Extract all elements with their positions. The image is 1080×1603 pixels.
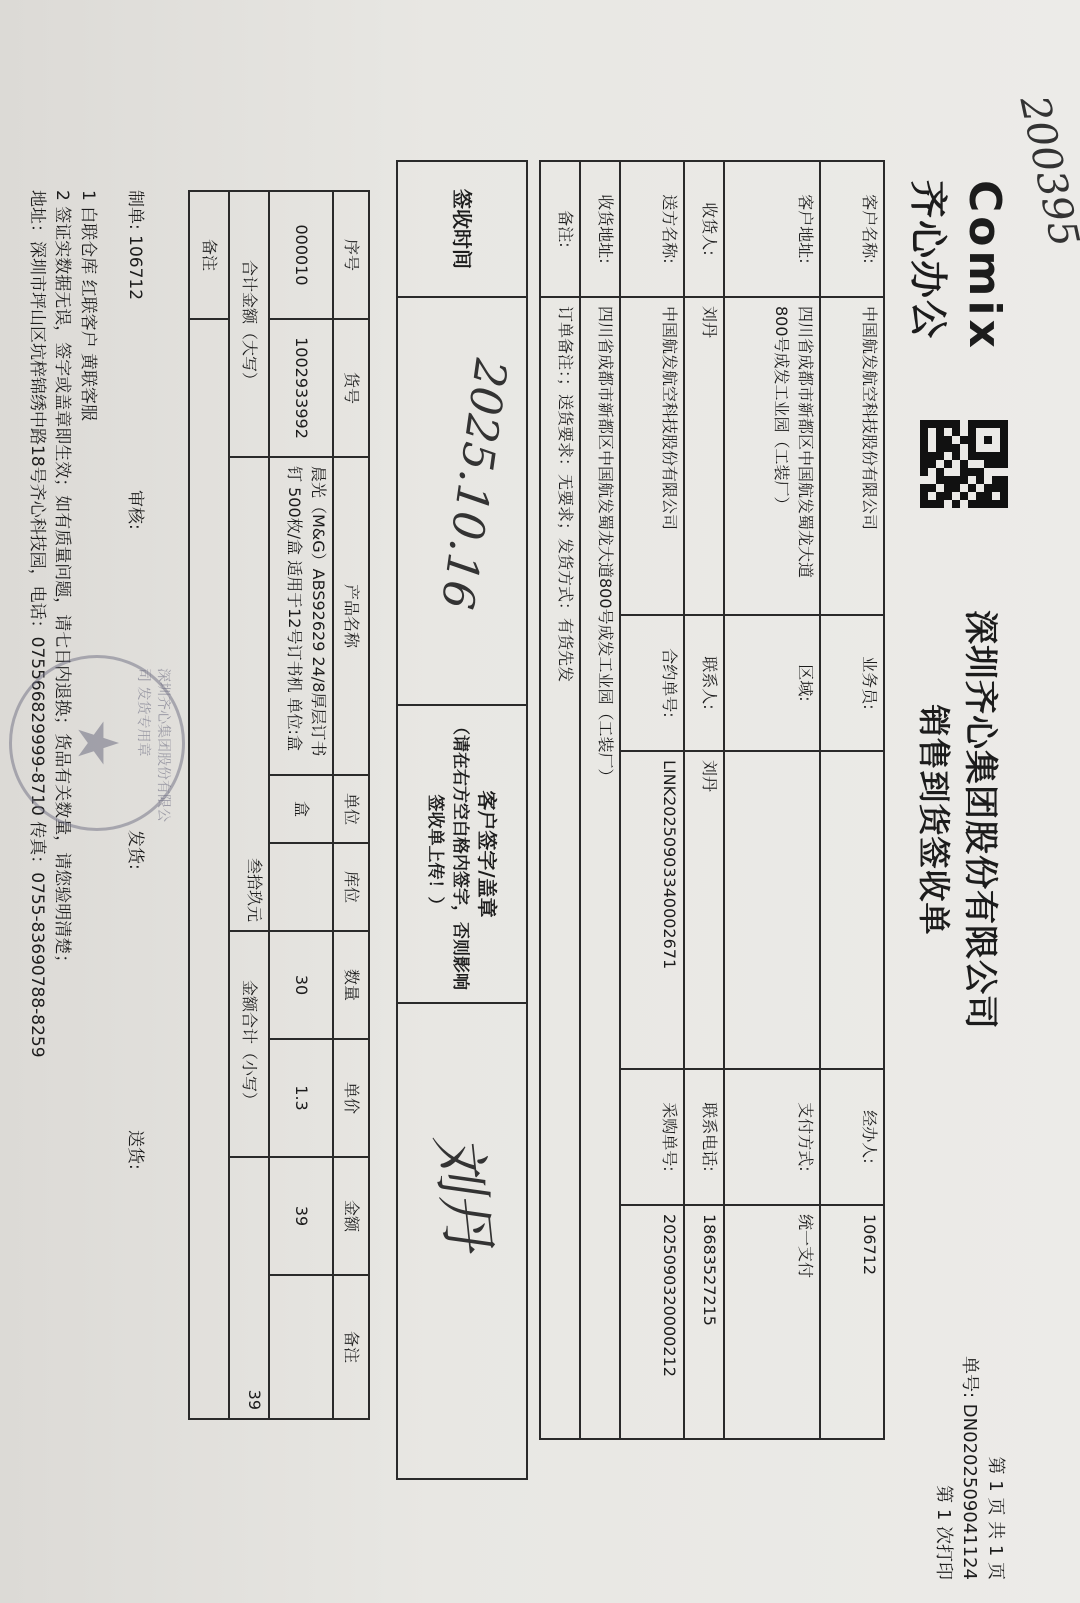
footer-note-2: 2 签证实数据无误，签字或盖章即生效；如有质量问题，请七日内退换；货品有关数量，…	[49, 190, 75, 1058]
salesperson	[820, 751, 884, 1069]
region	[724, 751, 820, 1069]
contact: 刘丹	[684, 751, 724, 1069]
region-label: 区域:	[724, 615, 820, 751]
doc-number-label: 单号:	[959, 1356, 980, 1398]
document-title: 销售到货签收单	[913, 600, 959, 1040]
row-unit: 盒	[269, 775, 333, 843]
sign-time-field[interactable]: 2025.10.16	[397, 297, 527, 705]
remark-label: 备注:	[540, 161, 580, 297]
contact-label: 联系人:	[684, 615, 724, 751]
order-remark: 订单备注：；送货要求：无要求；发货方式：有货先发	[540, 297, 580, 1439]
document-title-block: 深圳齐心集团股份有限公司 销售到货签收单	[913, 600, 1008, 1040]
customer-sign-label: 客户签字/盖章	[473, 714, 503, 994]
order-info-table: 客户名称: 中国航发航空科技股份有限公司 业务员: 经办人: 106712 客户…	[539, 160, 885, 1440]
star-icon: ★	[65, 718, 130, 768]
phone: 18683527215	[684, 1205, 724, 1439]
customer-sign-label-cell: 客户签字/盖章 （请在右方空白格内签字，否则影响签收单上传！）	[397, 705, 527, 1003]
customer-sign-hint: （请在右方空白格内签字，否则影响签收单上传！）	[422, 714, 473, 994]
customer-signature-field[interactable]: 刘丹	[397, 1003, 527, 1479]
row-name: 晨光（M&G）ABS92629 24/8厚层订书钉 500枚/盒 适用于12号订…	[269, 457, 333, 775]
shipper-label: 发货:	[125, 830, 145, 870]
purchase-no: 2025090320000212	[620, 1205, 684, 1439]
row-qty: 30	[269, 931, 333, 1039]
totals-row: 合计金额（大写） 叁拾玖元 金额合计（小写） 39	[229, 191, 269, 1419]
delivery-address: 四川省成都市新都区中国航发蜀龙大道800号成发工业园（工装厂）	[580, 297, 620, 1439]
sender-name-label: 送方名称:	[620, 161, 684, 297]
total-upper: 叁拾玖元	[229, 457, 269, 931]
col-remark: 备注	[333, 1275, 369, 1419]
row-price: 1.3	[269, 1039, 333, 1157]
phone-label: 联系电话:	[684, 1069, 724, 1205]
purchase-no-label: 采购单号:	[620, 1069, 684, 1205]
footer-notes: 1 白联仓库 红联客户 黄联客服 2 签证实数据无误，签字或盖章即生效；如有质量…	[24, 190, 101, 1058]
contract-no: LINK20250903340002671	[620, 751, 684, 1069]
col-location: 库位	[333, 843, 369, 931]
reviewer-label: 审核:	[125, 490, 145, 530]
maker: 106712	[125, 235, 145, 300]
footer-note-1: 1 白联仓库 红联客户 黄联客服	[75, 190, 101, 1058]
row-amount: 39	[269, 1157, 333, 1275]
col-name: 产品名称	[333, 457, 369, 775]
customer-name-label: 客户名称:	[820, 161, 884, 297]
row-remark	[269, 1275, 333, 1419]
document-meta: 第 1 页 共 1 页 单号: DN0202509041124 第 1 次打印	[932, 1180, 1010, 1580]
logo-chinese: 齐心办公	[904, 180, 959, 352]
total-lower-label: 金额合计（小写）	[229, 931, 269, 1157]
sender-name: 中国航发航空科技股份有限公司	[620, 297, 684, 615]
maker-label: 制单:	[125, 190, 145, 230]
col-price: 单价	[333, 1039, 369, 1157]
handler: 106712	[820, 1205, 884, 1439]
company-title: 深圳齐心集团股份有限公司	[959, 600, 1008, 1040]
table-remark-label: 备注	[189, 191, 229, 319]
handler-label: 经办人:	[820, 1069, 884, 1205]
col-unit: 单位	[333, 775, 369, 843]
table-remark	[189, 319, 229, 1419]
print-count: 第 1 次打印	[932, 1180, 958, 1580]
qr-code-icon	[920, 420, 1008, 508]
col-sku: 货号	[333, 319, 369, 457]
row-sku: 1002933992	[269, 319, 333, 457]
footer-address: 地址：深圳市坪山区坑梓锦绣中路18号齐心科技园，电话：075566829999-…	[24, 190, 50, 1058]
customer-name: 中国航发航空科技股份有限公司	[820, 297, 884, 615]
deliverer-label: 送货:	[125, 1130, 145, 1170]
items-header-row: 序号 货号 产品名称 单位 库位 数量 单价 金额 备注	[333, 191, 369, 1419]
customer-address: 四川省成都市新都区中国航发蜀龙大道800号成发工业园（工装厂）	[724, 297, 820, 615]
logo-english: Comix	[959, 180, 1010, 352]
recipient: 刘丹	[684, 297, 724, 615]
delivery-receipt-page: 200395 Comix 齐心办公 深圳齐心集团股份有限公司 销售到货签收单 第…	[0, 0, 1080, 1603]
salesperson-label: 业务员:	[820, 615, 884, 751]
doc-number: DN0202509041124	[959, 1404, 980, 1580]
row-location	[269, 843, 333, 931]
stamp-text: 深圳齐心集团股份有限公司 发货专用章	[134, 668, 174, 828]
recipient-label: 收货人:	[684, 161, 724, 297]
delivery-address-label: 收货地址:	[580, 161, 620, 297]
table-row: 000010 1002933992 晨光（M&G）ABS92629 24/8厚层…	[269, 191, 333, 1419]
sign-time-handwritten: 2025.10.16	[423, 355, 523, 614]
contract-no-label: 合约单号:	[620, 615, 684, 751]
col-seq: 序号	[333, 191, 369, 319]
payment-method: 统一支付	[724, 1205, 820, 1439]
payment-method-label: 支付方式:	[724, 1069, 820, 1205]
remarks-row: 备注	[189, 191, 229, 1419]
col-amount: 金额	[333, 1157, 369, 1275]
row-seq: 000010	[269, 191, 333, 319]
page-info: 第 1 页 共 1 页	[984, 1180, 1010, 1580]
customer-address-label: 客户地址:	[724, 161, 820, 297]
handwritten-note: 200395	[1011, 92, 1080, 251]
brand-logo: Comix 齐心办公	[904, 180, 1010, 352]
company-stamp: 深圳齐心集团股份有限公司 发货专用章 ★	[9, 655, 185, 831]
sign-time-label: 签收时间	[397, 161, 527, 297]
items-table: 序号 货号 产品名称 单位 库位 数量 单价 金额 备注 000010 1002…	[188, 190, 370, 1420]
col-qty: 数量	[333, 931, 369, 1039]
sign-table: 签收时间 2025.10.16 客户签字/盖章 （请在右方空白格内签字，否则影响…	[396, 160, 528, 1480]
signature-handwritten: 刘丹	[413, 1130, 512, 1254]
total-lower: 39	[229, 1157, 269, 1419]
total-upper-label: 合计金额（大写）	[229, 191, 269, 457]
